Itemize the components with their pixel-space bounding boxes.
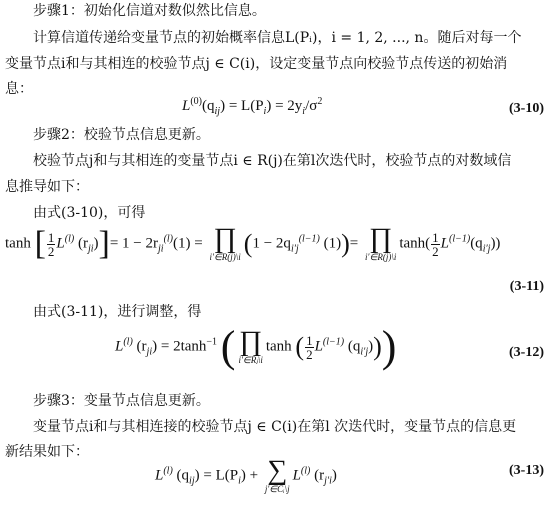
product-operator: ∏i′∈Rⱼ\i (238, 329, 262, 365)
step3-paragraph-line1: 变量节点i和与其相连接的校验节点j ∈ C(i)在第l 次迭代时，变量节点的信息… (33, 418, 516, 436)
left-paren-big: ( (221, 322, 236, 371)
right-paren-big: ) (382, 322, 397, 371)
eq-text: (1) = (173, 235, 203, 251)
eq-text: (r (78, 235, 88, 251)
eq-symbol: L (315, 338, 323, 354)
eq-text: (r (314, 467, 324, 483)
equation-3-13: L(l) (qij) = L(Pi) + ∑j′∈Cᵢ\jL(l) (rj′i) (155, 458, 337, 494)
eq-text: ) + (241, 467, 258, 483)
eq-sup: (l−1) (323, 336, 344, 347)
product-icon: ∏ (239, 329, 262, 355)
step1-heading: 步骤1：初始化信道对数似然比信息。 (33, 2, 266, 20)
frac-num: 1 (47, 231, 56, 245)
equation-3-11: tanh [12L(l) (rji)]= 1 − 2rji(l)(1) = ∏i… (5, 226, 500, 262)
sum-icon: ∑ (267, 458, 287, 484)
frac-num: 1 (431, 231, 440, 245)
left-paren: ( (295, 332, 304, 361)
left-bracket: [ (35, 225, 46, 262)
eq-text: (q (202, 98, 215, 114)
eq-text: ) (332, 467, 337, 483)
eq-text: 1 − 2q (252, 235, 290, 251)
product-operator: ∏i′∈R(j)\i (209, 226, 240, 262)
step2-from-eq-3-11: 由式(3-11)，进行调整，得 (33, 303, 201, 321)
eq-func: tanh (266, 338, 292, 354)
equation-3-10: L(0)(qij) = L(Pi) = 2yi/σ2 (182, 98, 322, 115)
fraction-half: 12 (305, 334, 314, 361)
eq-sup: (l) (65, 233, 74, 244)
eq-text: ) = 2y (266, 98, 302, 114)
eq-func: tanh (5, 235, 31, 251)
step3-paragraph-line2: 新结果如下： (5, 443, 89, 461)
product-operator-2: ∏i′∈R(j)\i (365, 226, 396, 262)
frac-den: 2 (306, 348, 313, 361)
frac-num: 1 (305, 334, 314, 348)
eq-text: (q (470, 235, 483, 251)
equation-number-3-12: (3-12) (509, 345, 544, 361)
eq-sup: −1 (206, 336, 217, 347)
eq-text: ) = L(P (195, 467, 238, 483)
frac-den: 2 (48, 245, 55, 258)
eq-text: ) = 2tanh (152, 338, 206, 354)
eq-sub: i′j (291, 243, 299, 254)
step2-heading: 步骤2：校验节点信息更新。 (33, 126, 210, 144)
eq-sup: 2 (317, 96, 322, 107)
right-paren: ) (373, 332, 382, 361)
eq-text: /σ (305, 98, 317, 114)
eq-sup: (l) (301, 465, 310, 476)
eq-text: = (350, 235, 358, 251)
product-limit: i′∈R(j)\i (365, 252, 396, 262)
eq-text: (r (137, 338, 147, 354)
eq-sup: (0) (190, 96, 202, 107)
frac-den: 2 (432, 245, 439, 258)
fraction-half: 12 (47, 231, 56, 258)
step2-paragraph-line1: 校验节点j和与其相连的变量节点i ∈ R(j)在第l次迭代时，校验节点的对数域信 (33, 152, 511, 170)
product-limit: i′∈R(j)\i (209, 252, 240, 262)
eq-symbol: L (441, 235, 449, 251)
sum-operator: ∑j′∈Cᵢ\j (265, 458, 290, 494)
step1-paragraph-line1: 计算信道传递给变量节点的初始概率信息L(Pᵢ)，i = 1, 2, ..., n… (33, 29, 521, 47)
eq-func: tanh( (399, 235, 430, 251)
sum-limit: j′∈Cᵢ\j (265, 484, 290, 494)
step3-heading: 步骤3：变量节点信息更新。 (33, 392, 210, 410)
step1-paragraph-line2: 变量节点i和与其相连的校验节点j ∈ C(i)，设定变量节点向校验节点传送的初始… (5, 55, 507, 73)
eq-sup: (l−1) (299, 233, 320, 244)
fraction-half: 12 (431, 231, 440, 258)
step2-paragraph-line2: 息推导如下： (5, 178, 89, 196)
product-icon: ∏ (369, 226, 392, 252)
product-limit: i′∈Rⱼ\i (238, 355, 262, 365)
eq-text: (q (177, 467, 190, 483)
eq-sup: (l) (164, 233, 173, 244)
eq-text: (q (348, 338, 361, 354)
eq-sub: i′j (360, 346, 368, 357)
step1-paragraph-line3: 息： (5, 80, 33, 98)
eq-sup: (l−1) (449, 233, 470, 244)
equation-3-12: L(l) (rji) = 2tanh−1 (∏i′∈Rⱼ\itanh (12L(… (115, 327, 396, 367)
equation-number-3-10: (3-10) (509, 101, 544, 117)
equation-number-3-13: (3-13) (509, 463, 544, 479)
eq-symbol: L (56, 235, 64, 251)
eq-text: )) (490, 235, 500, 251)
step1-heading-text: 步骤1：初始化信道对数似然比信息。 (33, 3, 266, 19)
right-bracket: ] (99, 225, 110, 262)
right-paren: ) (341, 229, 350, 258)
eq-symbol: L (293, 467, 301, 483)
eq-sup: (l) (123, 336, 132, 347)
step2-from-eq-3-10: 由式(3-10)，可得 (33, 204, 145, 222)
eq-sup: (l) (163, 465, 172, 476)
eq-sub: ji (158, 243, 164, 254)
product-icon: ∏ (214, 226, 237, 252)
eq-sub: j′i (324, 475, 332, 486)
eq-text: ) = L(P (220, 98, 263, 114)
equation-number-3-11: (3-11) (510, 279, 544, 295)
eq-text: = 1 − 2r (110, 235, 158, 251)
eq-text: (1) (324, 235, 342, 251)
